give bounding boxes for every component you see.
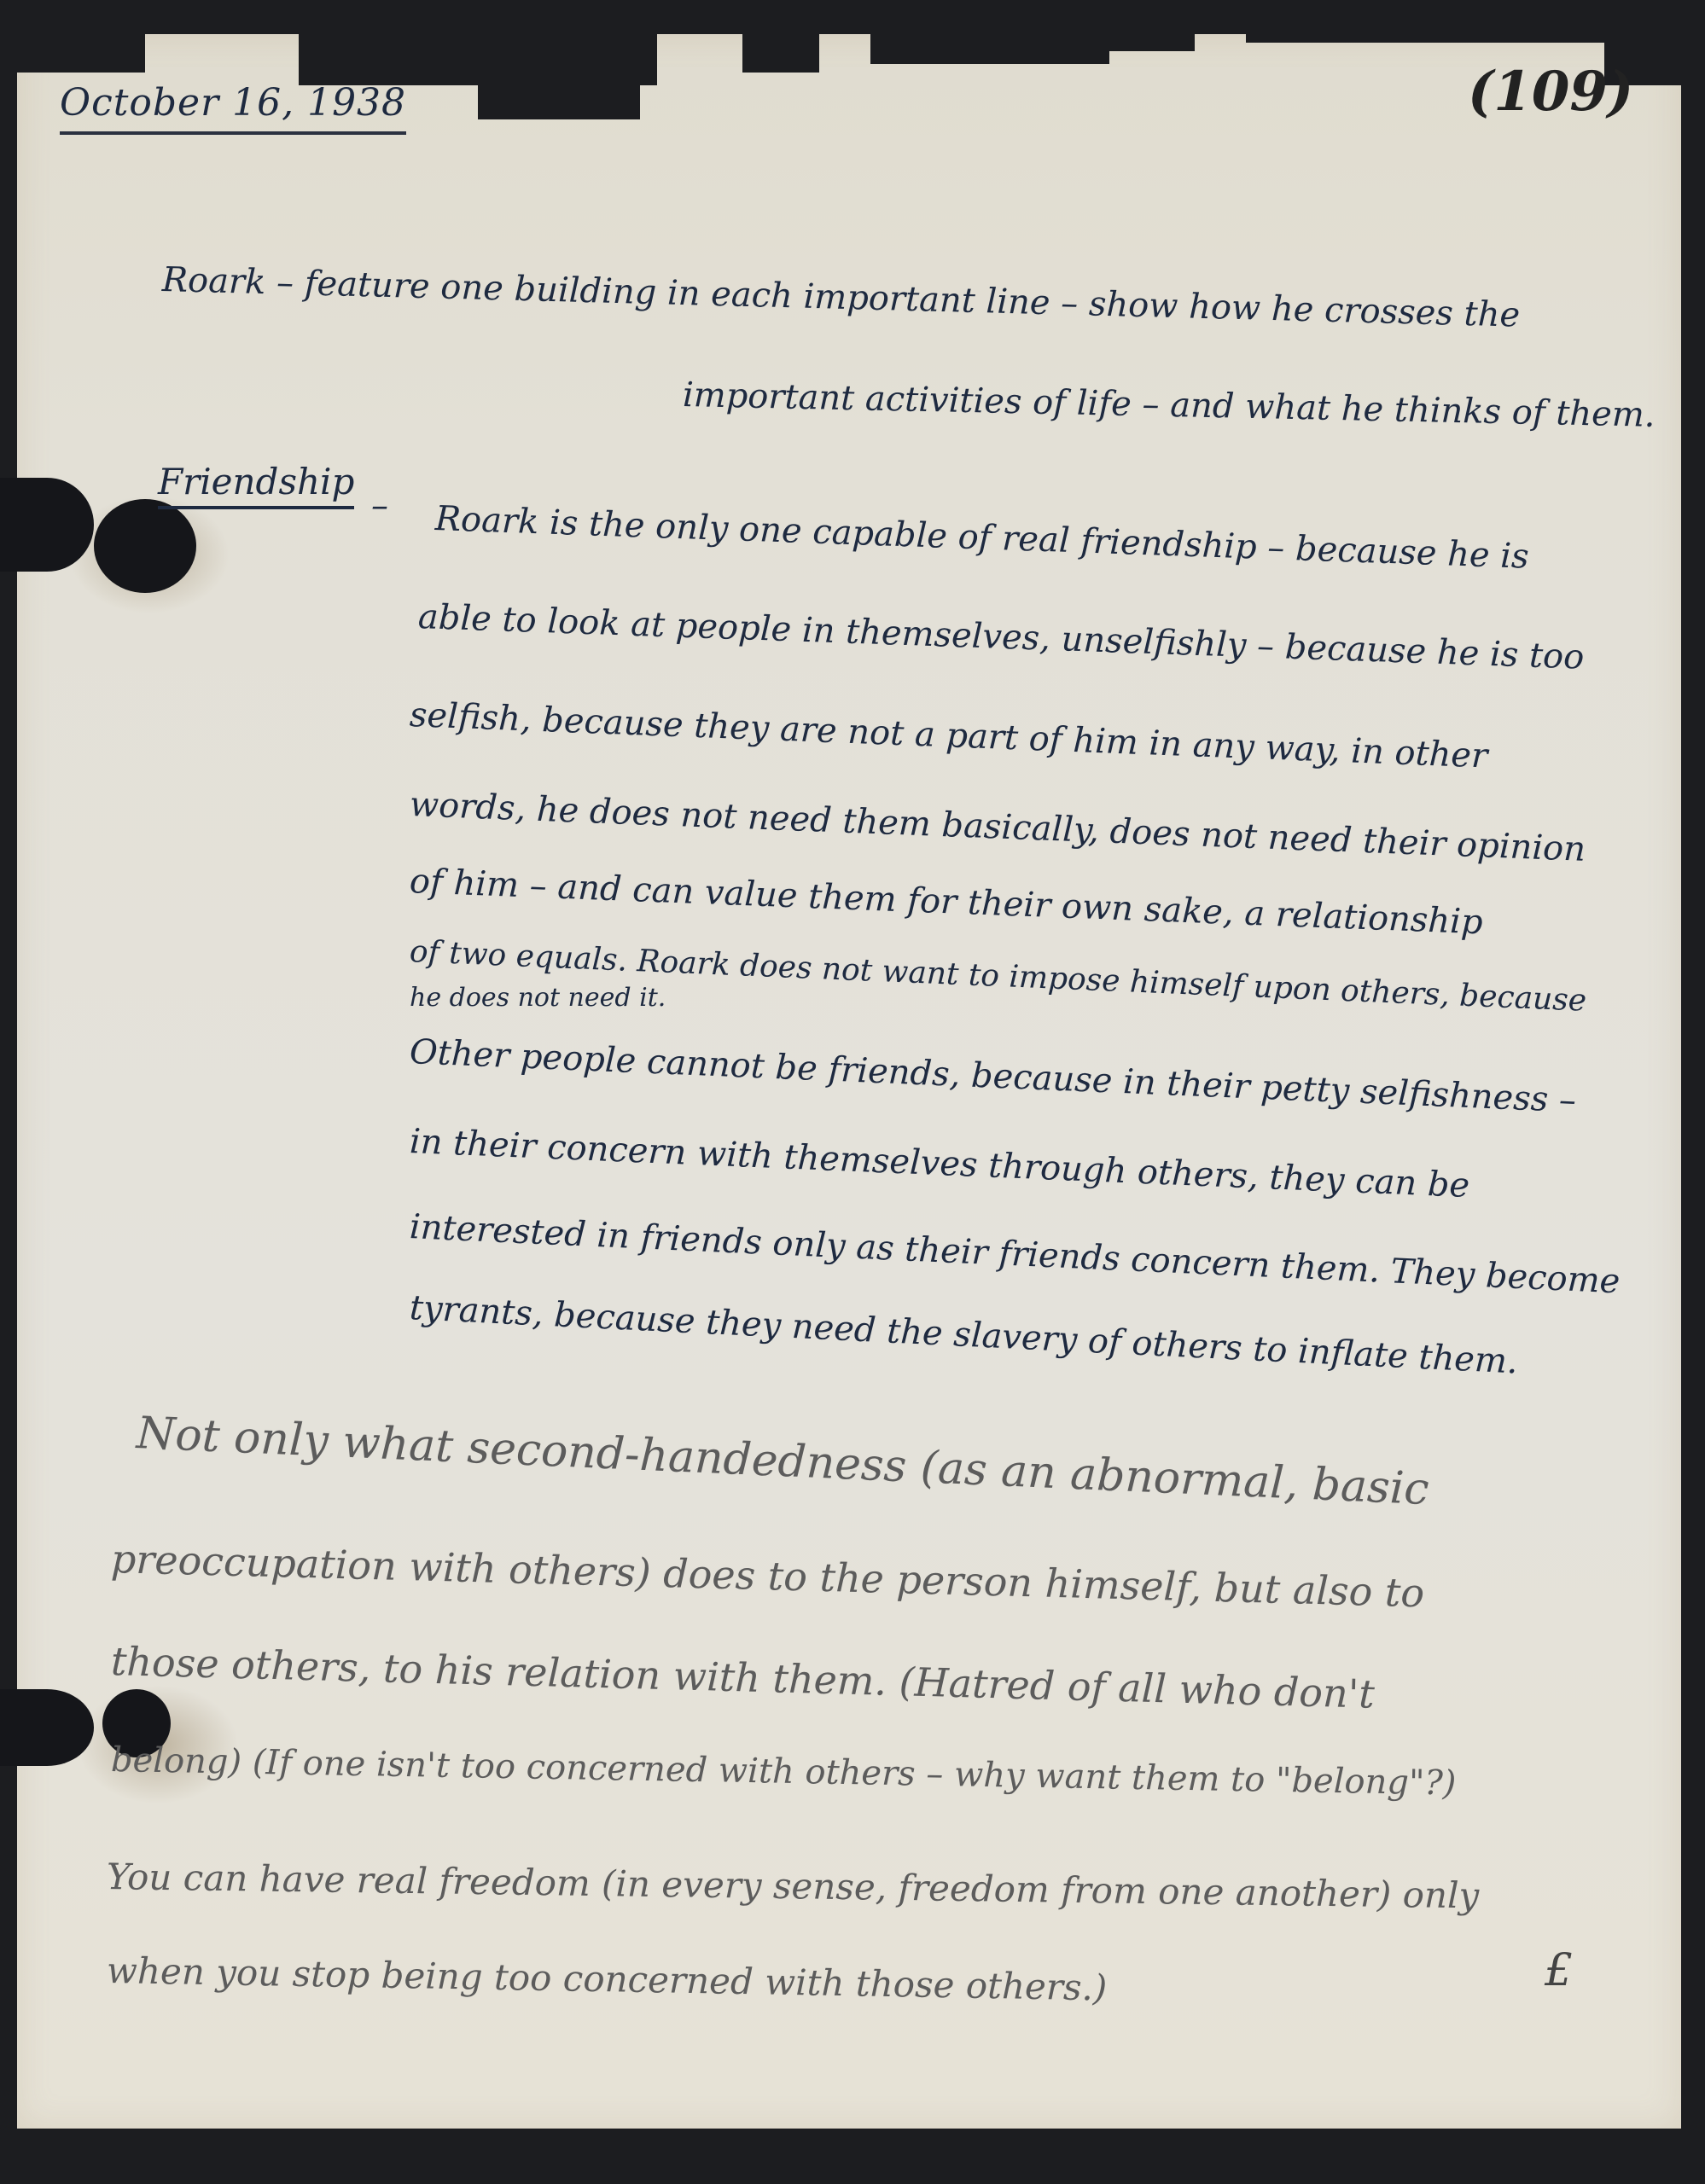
pencil-line: when you stop being too concerned with t…	[107, 1949, 1108, 2008]
body-line: of him – and can value them for their ow…	[409, 862, 1483, 942]
torn-edge	[1109, 34, 1195, 51]
torn-edge	[17, 34, 145, 73]
torn-edge	[870, 34, 1109, 64]
heading-dash: –	[371, 486, 388, 526]
pencil-line: Not only what second-handedness (as an a…	[136, 1408, 1430, 1515]
intro-line: important activities of life – and what …	[683, 375, 1656, 435]
manuscript-page: October 16, 1938 (109) Roark – feature o…	[17, 34, 1681, 2129]
torn-edge	[0, 478, 94, 572]
pencil-line: preoccupation with others) does to the p…	[110, 1536, 1425, 1616]
body-line: he does not need it.	[410, 983, 666, 1013]
torn-edge	[742, 34, 819, 73]
body-line: words, he does not need them basically, …	[409, 785, 1586, 869]
body-line: selfish, because they are not a part of …	[409, 695, 1488, 775]
body-line: able to look at people in themselves, un…	[417, 597, 1585, 677]
pencil-line: belong) (If one isn't too concerned with…	[111, 1740, 1457, 1804]
intro-line: Roark – feature one building in each imp…	[161, 260, 1520, 335]
body-line: Other people cannot be friends, because …	[409, 1032, 1577, 1120]
body-line: in their concern with themselves through…	[409, 1122, 1470, 1205]
margin-mark: £	[1545, 1945, 1573, 1996]
body-line: tyrants, because they need the slavery o…	[409, 1288, 1519, 1381]
folio-number: (109)	[1468, 60, 1633, 124]
section-heading-friendship: Friendship	[158, 461, 354, 509]
pencil-line: those others, to his relation with them.…	[110, 1638, 1375, 1717]
torn-edge	[0, 1689, 94, 1766]
torn-edge	[478, 34, 640, 119]
body-line: interested in friends only as their frie…	[409, 1207, 1621, 1301]
body-line: Roark is the only one capable of real fr…	[434, 499, 1529, 577]
date: October 16, 1938	[60, 81, 406, 135]
punch-hole	[94, 499, 196, 593]
pencil-line: You can have real freedom (in every sens…	[107, 1856, 1480, 1916]
